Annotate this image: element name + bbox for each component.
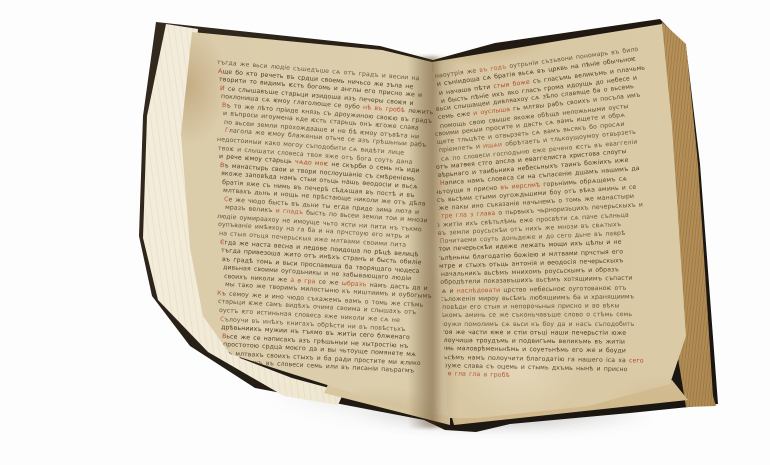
text-line: И се слышавъше старьци изидоша изъ печер…: [220, 86, 416, 107]
bottom-page-edges-left: [40, 16, 770, 449]
text-line: и бысть пѣніе ихъ яко гласъ грома идоущь…: [441, 73, 654, 105]
rubric-run: наслѣдовати: [457, 286, 501, 294]
rubric-run: и гладъ: [276, 208, 304, 217]
rubric-run: И: [220, 85, 225, 92]
text-line: и рече ѥмоу старьць чѧдо моѥ не скърби о…: [219, 154, 415, 174]
text-line: заповѣди его стыя и непорочьныя присно и…: [435, 303, 649, 311]
text-line: недостоиныи како могоу съподобити сѧ вид…: [217, 137, 413, 157]
text-line: и въпроси игоумена кде ѥсть старьць онъ …: [223, 111, 419, 132]
fore-edge-stack: [40, 16, 770, 449]
rubric-run: С: [220, 316, 225, 323]
text-line: вѣрьнаго и таибьника небесьныхъ таинъ бо…: [438, 156, 652, 179]
text-line: мразъ великъ и гладъ бысть по вьсеи земл…: [225, 205, 421, 224]
text-line: оупъваніе имѣяхоу на га ба и на прчстоую…: [218, 222, 414, 241]
text-line: пріемлеть и ищѧи обрѣтаеть и тлькоущоумо…: [439, 128, 653, 154]
text-line: людіе оумираахоу не имоуще чьто ясти ни …: [217, 214, 413, 233]
rubric-run: тре гла з глава: [441, 210, 496, 220]
rubric-run: стыи боже: [493, 78, 530, 89]
rubric-run: въ иерслмѣ: [500, 181, 540, 191]
rubric-run: С: [224, 196, 229, 203]
text-line: творити то видимъ ѥсть богомь и англы ег…: [219, 77, 415, 99]
text-line: оустъ ѥго истиньная словеса яже николи ж…: [219, 308, 415, 325]
text-line: добродѣтели показавъшихъ вьсѣмъ хотящиим…: [436, 275, 650, 286]
text-line: и съніидоша сѧ братія вьсѧ въ црквь на п…: [437, 55, 650, 89]
text-line: Аще бо кто речеть въ срдци своемь ничьсо…: [218, 69, 414, 91]
text-line: въ земли роусьскѣи отъ нихъ же мнози въ …: [438, 220, 652, 237]
rubric-run: В: [222, 102, 227, 109]
left-page: тъгда же вьси людіе съшедъше сѧ отъ град…: [40, 16, 770, 449]
text-line: Почитаеми соуть доньдеже и до сего дьне …: [440, 230, 654, 246]
text-line: вѣкомъ аминь се же съконьчавъше слово о …: [437, 312, 651, 319]
text-line: семь еже и оуслыша гь млтвы рабъ своихъ …: [438, 92, 651, 122]
text-line: сѧ по словеси господьню еже речено ѥсть …: [441, 138, 655, 163]
text-line: съложенія мироу вьсѣмъ любящиимъ ба и хр…: [440, 294, 654, 303]
text-line: Глагола же ѥмоу блаженыи отьче се азъ гр…: [225, 128, 421, 149]
rubric-run: сего: [629, 357, 644, 364]
text-line: емоуже слава съ оцемь и стымь дхъмь нынѣ…: [435, 363, 649, 374]
rubric-run: ищѧи: [483, 141, 503, 150]
text-line: Въ то же лѣто пріиде князь съ дроужиною …: [222, 103, 418, 124]
rubric-run: и оуслыша: [473, 106, 511, 117]
text-line: Єгда же наста весна и ледове поидоша по …: [220, 240, 416, 258]
text-line: о житіи ихъ свѣтьлѣмь еже просвѣти сѧ па…: [436, 211, 650, 229]
manuscript-photograph: тъгда же вьси людіе съшедъше сѧ отъ град…: [40, 16, 770, 449]
left-page-edge-stack: [40, 16, 770, 449]
text-line: по вьсеи земли прохождааше и не бѣ ѥмоу …: [224, 120, 420, 141]
text-line: млтвахъ дьнь и нощь не прѣстающе николи …: [223, 188, 419, 207]
text-line: Вьсе же се написахъ азъ грѣшьныи не хытр…: [222, 334, 418, 351]
text-line: же пакы ино съказаніе начьнемъ о томь же…: [439, 193, 653, 212]
rubric-run: В: [220, 162, 225, 169]
text-line: якоже заповѣда намъ стыи отьць нашь ѳеод…: [221, 171, 417, 191]
binding-cover-boards: [40, 16, 770, 449]
text-line: Сълоучи въ инѣхъ книгахъ обрѣсти ни въ п…: [220, 317, 416, 334]
text-line: щете тльцѣте и отвьрзеть сѧ вамъ вьсякъ …: [437, 119, 651, 146]
text-line: Въ манастырь свои и твори послоушаніе съ…: [220, 163, 416, 183]
text-line: мы тако же творимъ милостыню къ ништиимъ…: [225, 282, 421, 300]
rubric-run: П: [440, 238, 445, 245]
text-line: оулоучиша троудъмь и подвигъмь великъмь …: [436, 338, 650, 346]
rubric-run: ѡбразъ: [341, 280, 366, 288]
text-line: ва ѳ гла гла а гробѣ: [437, 371, 651, 383]
rubric-run: Г: [225, 127, 229, 134]
text-line: стои печерьскѣи идеже лежать мощи ихъ цѣ…: [435, 239, 649, 254]
text-line: простотою срдца моѥго да и вы чьтоуще по…: [223, 342, 419, 358]
text-line: тре гла з глава о пьрвыхъ чьрноризьцихъ …: [441, 202, 655, 221]
rubric-run: Н: [440, 180, 445, 187]
right-page: наоутрія же въ годъ оутрьніи съзъвони по…: [40, 16, 770, 449]
book-shadow: [170, 316, 730, 441]
rubric-run: А: [218, 68, 223, 75]
rubric-run: а ѳ гра: [290, 277, 316, 285]
text-line: отъ матѳея стго апсла и еваггелиста хрис…: [436, 147, 650, 171]
bottom-page-edges-right: [40, 16, 770, 449]
text-line: чьтоуще я присно въ иерслмѣ горьніимь об…: [435, 174, 649, 195]
text-line: семь маловрѣменьнѣмь и соуетьнѣмь его же…: [438, 346, 652, 355]
rubric-run: чѧдо моѥ: [295, 158, 329, 167]
rubric-run: въ годъ: [479, 63, 507, 74]
text-line: Написа намъ словеса си на съпасеніе дшам…: [440, 165, 654, 187]
rubric-run: В: [222, 333, 227, 340]
rubric-run: нѣ въ гробѣ: [363, 104, 406, 114]
text-line: помощь свою свыше якоже обѣща неложьными…: [440, 101, 653, 130]
text-line: тоя же части яже и стіи отьці наши печер…: [441, 330, 655, 337]
text-line: въ млтвахъ своихъ стыхъ и ба ради прости…: [224, 351, 420, 367]
text-line: своими рекыи просите и дасть сѧ вамъ ище…: [435, 110, 649, 138]
text-line: старьци ѥже самъ видѣхъ очима своима и с…: [218, 299, 414, 316]
text-line: твоѥ и слышати словеса твоя яже отъ бога…: [218, 146, 414, 166]
text-line: моужи помолимъ сѧ вьси къ боу да и насъ …: [439, 321, 653, 327]
text-line: наоутрія же въ годъ оутрьніи съзъвони по…: [435, 46, 648, 80]
spine-gutter-shading: [408, 56, 458, 428]
rubric-run: ва ѳ гла гла а гробѣ: [437, 370, 510, 379]
text-line: тьлѣньны благодатію божіею и млтвами прч…: [437, 248, 651, 262]
text-line: мтре и стыхъ отьць антонія и ѳеодосія пе…: [439, 257, 653, 270]
text-line: сѧ и наслѣдовати црство небесьноѥ оугото…: [438, 285, 652, 295]
text-line: Се же чюдо бысть въ дьни ты егда приде з…: [224, 197, 420, 216]
text-line: своихъ николи же а ѳ гра се же ѡбразъ на…: [224, 274, 420, 292]
text-line: тъгда привезоша жито отъ инѣхъ странъ и …: [221, 248, 417, 266]
rubric-run: К: [217, 290, 222, 297]
book-contact-shadow: [290, 388, 720, 443]
text-line: и начаша пѣти стыи боже съ гласъмь велик…: [439, 64, 652, 97]
text-line: въ градѣ томь и вьси прославиша ба творя…: [222, 257, 418, 275]
text-line: вьсѣмъ намъ полоучити благодатію га наше…: [440, 355, 654, 365]
text-line: съ вьсѣми стыми оугождьшими боу отъ вѣка…: [437, 184, 651, 204]
text-line: дивьная своими оугодьникы и не забывающа…: [223, 265, 419, 283]
text-line: вьси слышащеи дивляахоу сѧ зѣло славяще …: [436, 82, 649, 113]
text-line: поклониша сѧ ѥмоу глаголюще се оубо нѣ в…: [221, 94, 417, 115]
text-line: дрѣвьниихъ мужии нъ тъкмо въ житіи сего …: [221, 325, 417, 342]
text-line: братія яже съ нимь въ печерѣ сѣдѧщая въ …: [222, 180, 418, 200]
text-line: съгрѣшихъ въ словеси семь или въ писаніи…: [225, 359, 421, 375]
text-line: Къ семоу же и ино чюдо съкажемъ вамъ о т…: [217, 291, 413, 308]
text-line: на стыя отьця печерьскыя иже млтвами сво…: [219, 231, 415, 250]
text-line: начальникъ вьсѣмъ мнихомъ роусьскымъ и о…: [441, 266, 655, 278]
text-line: тъгда же вьси людіе съшедъше сѧ отъ град…: [217, 60, 413, 82]
rubric-run: Є: [220, 239, 225, 246]
